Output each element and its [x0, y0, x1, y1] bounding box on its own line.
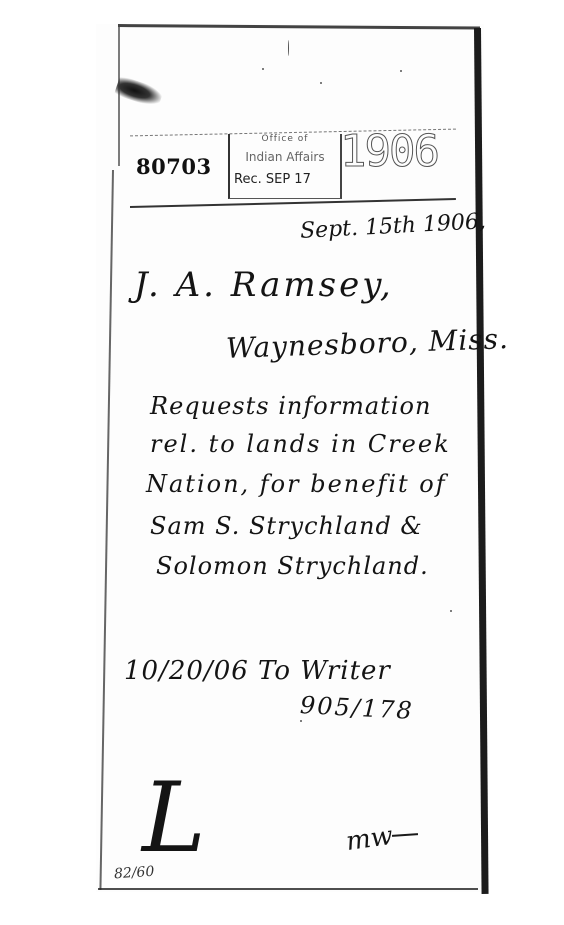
stamp-office-label: Office of — [230, 134, 340, 144]
stamp-received-date: Rec. SEP 17 — [234, 172, 311, 187]
file-reference: 905/178 — [299, 693, 414, 723]
scan-speck — [300, 720, 302, 722]
scan-speck — [320, 82, 322, 84]
subject-line-2: rel. to lands in Creek — [150, 432, 451, 456]
subject-line-1: Requests information — [150, 394, 431, 418]
stamp-department: Indian Affairs — [230, 150, 340, 164]
letter-mark: L — [142, 770, 206, 866]
corner-number: 82/60 — [114, 865, 155, 882]
scan-speck — [450, 610, 452, 612]
subject-line-5: Solomon Strychland. — [156, 554, 429, 578]
scan-speck — [262, 68, 264, 70]
subject-line-4: Sam S. Strychland & — [150, 514, 423, 538]
file-number: 80703 — [136, 154, 212, 179]
scan-speck — [288, 40, 289, 56]
card-bottom-edge — [98, 888, 478, 890]
stamp-box: Office of Indian Affairs Rec. SEP 17 — [228, 134, 342, 199]
clerk-initials: mw — [344, 823, 394, 855]
stamp-year: 1906 — [340, 130, 438, 174]
scan-speck — [400, 70, 402, 72]
action-note: 10/20/06 To Writer — [124, 658, 391, 684]
subject-line-3: Nation, for benefit of — [146, 472, 447, 496]
correspondent-name: J. A. Ramsey, — [134, 268, 394, 302]
received-stamp: 80703 Office of Indian Affairs Rec. SEP … — [130, 128, 456, 198]
